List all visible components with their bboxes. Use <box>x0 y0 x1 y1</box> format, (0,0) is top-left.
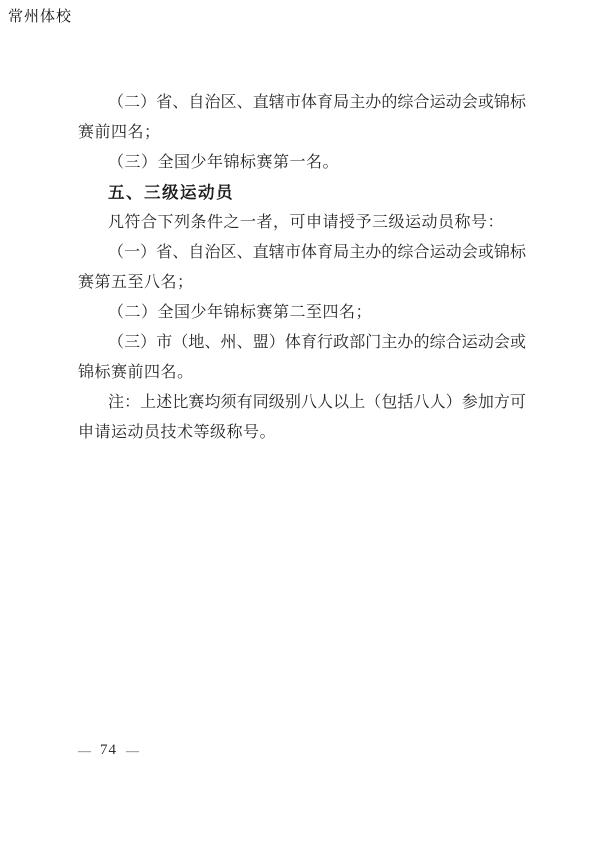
text-line: 申请运动员技术等级称号。 <box>78 418 526 448</box>
text-line: 赛前四名； <box>78 118 526 148</box>
text-line: 赛第五至八名； <box>78 268 526 298</box>
section-heading: 五、三级运动员 <box>78 178 526 208</box>
page-number: 74 <box>100 742 117 759</box>
page-footer: — 74 — <box>78 742 139 759</box>
text-line: 注：上述比赛均须有同级别八人以上（包括八人）参加方可 <box>78 388 526 418</box>
footer-left-dash: — <box>78 744 91 757</box>
text-line: （一）省、自治区、直辖市体育局主办的综合运动会或锦标 <box>78 238 526 268</box>
text-line: 锦标赛前四名。 <box>78 358 526 388</box>
header-watermark: 常州体校 <box>8 5 72 26</box>
text-line: （三）市（地、州、盟）体育行政部门主办的综合运动会或 <box>78 328 526 358</box>
text-line: 凡符合下列条件之一者，可申请授予三级运动员称号： <box>78 208 526 238</box>
text-line: （三）全国少年锦标赛第一名。 <box>78 148 526 178</box>
footer-right-dash: — <box>126 744 139 757</box>
text-line: （二）省、自治区、直辖市体育局主办的综合运动会或锦标 <box>78 88 526 118</box>
document-body: （二）省、自治区、直辖市体育局主办的综合运动会或锦标 赛前四名； （三）全国少年… <box>78 88 526 448</box>
document-page: 常州体校 （二）省、自治区、直辖市体育局主办的综合运动会或锦标 赛前四名； （三… <box>0 0 600 850</box>
text-line: （二）全国少年锦标赛第二至四名； <box>78 298 526 328</box>
